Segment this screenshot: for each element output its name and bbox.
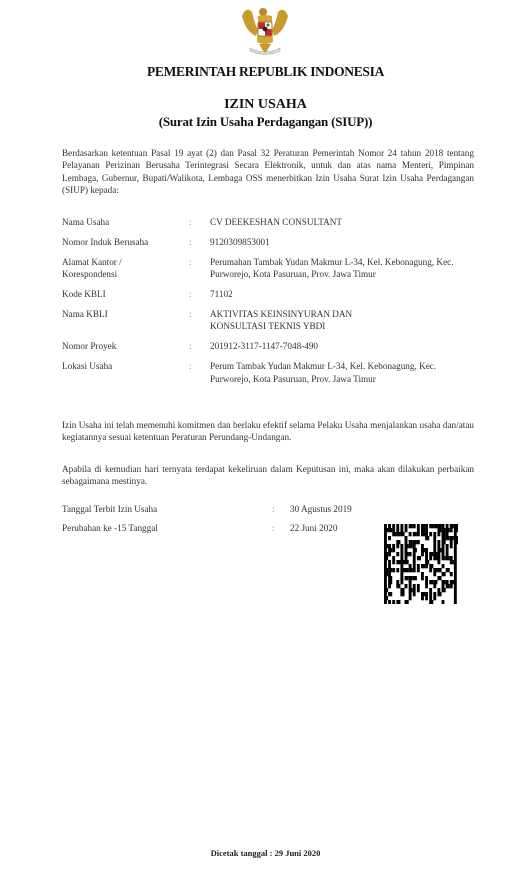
field-nama-usaha: Nama Usaha : CV DEEKESHAN CONSULTANT	[62, 216, 474, 228]
field-alamat-kantor: Alamat Kantor / Korespondensi : Perumaha…	[62, 256, 474, 281]
date-row-revision: Perubahan ke -15 Tanggal : 22 Juni 2020	[62, 522, 362, 534]
issue-dates: Tanggal Terbit Izin Usaha : 30 Agustus 2…	[62, 503, 362, 542]
intro-paragraph: Berdasarkan ketentuan Pasal 19 ayat (2) …	[62, 147, 474, 197]
field-nomor-induk-berusaha: Nomor Induk Berusaha : 9120309853001	[62, 236, 474, 248]
field-label: Lokasi Usaha	[62, 360, 189, 385]
field-separator: :	[189, 360, 210, 385]
date-separator: :	[272, 503, 290, 515]
correction-paragraph: Apabila di kemudian hari ternyata terdap…	[62, 463, 474, 488]
validity-paragraph: Izin Usaha ini telah memenuhi komitmen d…	[62, 419, 474, 444]
date-separator: :	[272, 522, 290, 534]
garuda-emblem-icon	[236, 2, 294, 60]
field-separator: :	[189, 340, 210, 352]
field-nomor-proyek: Nomor Proyek : 201912-3117-1147-7048-490	[62, 340, 474, 352]
field-separator: :	[189, 288, 210, 300]
field-value: CV DEEKESHAN CONSULTANT	[210, 216, 474, 228]
field-separator: :	[189, 308, 210, 333]
business-details: Nama Usaha : CV DEEKESHAN CONSULTANT Nom…	[62, 216, 474, 393]
field-value: 9120309853001	[210, 236, 474, 248]
print-date: Dicetak tanggal : 29 Juni 2020	[0, 848, 531, 858]
field-label: Nama Usaha	[62, 216, 189, 228]
field-separator: :	[189, 256, 210, 281]
field-label: Kode KBLI	[62, 288, 189, 300]
document-subtitle: (Surat Izin Usaha Perdagangan (SIUP))	[0, 114, 531, 130]
field-value: Perumahan Tambak Yudan Makmur L-34, Kel.…	[210, 256, 474, 281]
date-value: 30 Agustus 2019	[290, 503, 352, 515]
date-value: 22 Juni 2020	[290, 522, 337, 534]
field-separator: :	[189, 216, 210, 228]
2d-barcode-icon	[384, 524, 458, 604]
field-lokasi-usaha: Lokasi Usaha : Perum Tambak Yudan Makmur…	[62, 360, 474, 385]
field-nama-kbli: Nama KBLI : AKTIVITAS KEINSINYURAN DAN K…	[62, 308, 474, 333]
field-label: Alamat Kantor / Korespondensi	[62, 256, 172, 281]
date-label: Tanggal Terbit Izin Usaha	[62, 503, 272, 515]
date-label: Perubahan ke -15 Tanggal	[62, 522, 272, 534]
field-value: Perum Tambak Yudan Makmur L-34, Kel. Keb…	[210, 360, 474, 385]
document-title: IZIN USAHA	[0, 97, 531, 113]
field-value: AKTIVITAS KEINSINYURAN DAN KONSULTASI TE…	[210, 308, 474, 333]
field-label: Nomor Proyek	[62, 340, 189, 352]
date-row-issued: Tanggal Terbit Izin Usaha : 30 Agustus 2…	[62, 503, 362, 515]
field-value: 71102	[210, 288, 474, 300]
field-label: Nama KBLI	[62, 308, 189, 333]
government-title: PEMERINTAH REPUBLIK INDONESIA	[0, 64, 531, 80]
field-separator: :	[189, 236, 210, 248]
field-kode-kbli: Kode KBLI : 71102	[62, 288, 474, 300]
field-value: 201912-3117-1147-7048-490	[210, 340, 474, 352]
field-label: Nomor Induk Berusaha	[62, 236, 189, 248]
